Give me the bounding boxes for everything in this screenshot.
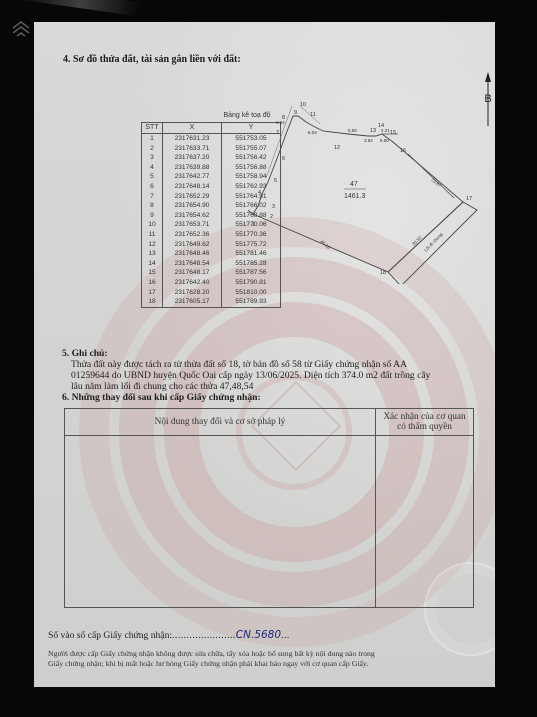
coordinate-x: 2317628.20: [163, 288, 222, 298]
coordinate-row: 172317628.20551810.00: [142, 288, 281, 298]
coordinate-y: 551810.00: [222, 288, 281, 298]
background-glare: [20, 0, 141, 16]
register-number: CN.5680: [236, 629, 281, 641]
section6-title: 6. Những thay đổi sau khi cấp Giấy chứng…: [62, 392, 481, 403]
coordinate-x: 2317642.77: [163, 172, 222, 182]
register-label: Số vào sổ cấp Giấy chứng nhận:: [48, 630, 172, 641]
section5-notes: 5. Ghi chú: Thửa đất này được tách ra từ…: [62, 348, 481, 403]
coordinate-stt: 7: [142, 192, 163, 202]
col-confirm-line2: có thẩm quyền: [377, 422, 472, 432]
coordinate-x: 2317639.88: [163, 163, 222, 173]
warning-line: Giấy chứng nhận; khi bị mất hoặc hư hỏng…: [48, 659, 488, 669]
edge-label-14-15: 2.21: [381, 128, 390, 133]
coordinate-x: 2317652.36: [163, 230, 222, 240]
coordinate-stt: 12: [142, 240, 163, 250]
coordinate-stt: 8: [142, 201, 163, 211]
coordinate-stt: 2: [142, 144, 163, 154]
point-9: 9: [294, 110, 297, 116]
north-label: B: [484, 93, 491, 105]
note-line: Thửa đất này được tách ra từ thửa đất số…: [71, 359, 481, 370]
edge-label-16-17: 23.87: [430, 177, 442, 188]
note-line: 01259644 do UBND huyện Quốc Oai cấp ngày…: [71, 370, 481, 381]
coordinate-stt: 16: [142, 278, 163, 288]
edge-label-15-16: 6.60: [380, 138, 389, 143]
register-number-line: Số vào sổ cấp Giấy chứng nhận:..........…: [48, 629, 290, 641]
col-stt: STT: [142, 123, 163, 134]
point-2: 2: [270, 214, 273, 220]
warning-note: Người được cấp Giấy chứng nhận không đượ…: [48, 649, 488, 669]
section5-title: 5. Ghi chú:: [62, 348, 481, 359]
dots: ......................: [172, 630, 236, 641]
coordinate-x: 2317631.23: [163, 134, 222, 144]
point-3: 3: [272, 204, 275, 210]
change-content-cell: [65, 436, 376, 608]
coordinate-stt: 11: [142, 230, 163, 240]
point-4: 4: [258, 190, 261, 196]
col-change-content: Nội dung thay đổi và cơ sở pháp lý: [65, 409, 376, 436]
coordinate-x: 2317633.71: [163, 144, 222, 154]
coordinate-x: 2317648.17: [163, 268, 222, 278]
coordinate-stt: 1: [142, 134, 163, 144]
authority-confirmation-cell: [376, 436, 474, 608]
point-12: 12: [334, 145, 340, 151]
edge-label-13-14: 3.92: [364, 138, 373, 143]
warning-line: Người được cấp Giấy chứng nhận không đượ…: [48, 649, 488, 659]
edge-label-11-12: 6.03: [308, 130, 317, 135]
coordinate-y: 551789.93: [222, 297, 281, 307]
road-label: Lối đi chung: [423, 231, 444, 252]
note-body: Thửa đất này được tách ra từ thửa đất số…: [62, 359, 481, 392]
col-authority-confirmation: Xác nhận của cơ quan có thẩm quyền: [376, 409, 474, 436]
coordinate-stt: 15: [142, 268, 163, 278]
batdongsan-logo-icon: [10, 19, 32, 39]
coordinate-x: 2317648.14: [163, 182, 222, 192]
coordinate-x: 2317637.20: [163, 153, 222, 163]
point-13: 13: [370, 128, 376, 134]
parcel-diagram: 1 2 3 4 5 6 7 8 9 10 11 12 13 14 15 16 1…: [248, 94, 488, 284]
point-7: 7: [276, 130, 279, 136]
point-15: 15: [390, 130, 396, 136]
col-x: X: [163, 123, 222, 134]
coordinate-stt: 3: [142, 153, 163, 163]
coordinate-x: 2317648.54: [163, 259, 222, 269]
coordinate-x: 2317642.40: [163, 278, 222, 288]
note-line: lâu năm làm lối đi chung cho các thửa 47…: [71, 381, 481, 392]
coordinate-x: 2317653.71: [163, 220, 222, 230]
coordinate-stt: 10: [142, 220, 163, 230]
edge-label-18-1: 45.16: [319, 239, 331, 250]
edge-label-12-13: 5.85: [348, 128, 357, 133]
point-16: 16: [400, 148, 406, 154]
point-11: 11: [310, 112, 316, 118]
col-confirm-line1: Xác nhận của cơ quan: [377, 412, 472, 422]
coordinate-x: 2317648.46: [163, 249, 222, 259]
edge-label-7-8: 3.94: [276, 120, 285, 125]
parcel-number: 47: [350, 181, 358, 188]
section4-title: 4. Sơ đồ thửa đất, tài sản gắn liền với …: [63, 54, 241, 65]
coordinate-x: 2317605.17: [163, 297, 222, 307]
north-arrow-icon: B: [478, 70, 495, 130]
coordinate-x: 2317652.29: [163, 192, 222, 202]
point-1: 1: [252, 222, 255, 228]
point-17: 17: [466, 196, 472, 202]
changes-table: Nội dung thay đổi và cơ sở pháp lý Xác n…: [64, 408, 474, 608]
coordinate-stt: 14: [142, 259, 163, 269]
dots: ...: [281, 630, 290, 641]
land-certificate-page: 4. Sơ đồ thửa đất, tài sản gắn liền với …: [34, 22, 495, 687]
point-18: 18: [380, 270, 386, 276]
coordinate-stt: 4: [142, 163, 163, 173]
point-10: 10: [300, 102, 306, 108]
coordinate-stt: 9: [142, 211, 163, 221]
coordinate-stt: 13: [142, 249, 163, 259]
coordinate-stt: 18: [142, 297, 163, 307]
coordinate-x: 2317654.90: [163, 201, 222, 211]
point-5: 5: [274, 178, 277, 184]
coordinate-x: 2317649.62: [163, 240, 222, 250]
parcel-area: 1461.3: [344, 193, 366, 200]
coordinate-stt: 6: [142, 182, 163, 192]
coordinate-stt: 5: [142, 172, 163, 182]
coordinate-stt: 17: [142, 288, 163, 298]
coordinate-x: 2317654.62: [163, 211, 222, 221]
point-6: 6: [282, 156, 285, 162]
coordinate-row: 182317605.17551789.93: [142, 297, 281, 307]
